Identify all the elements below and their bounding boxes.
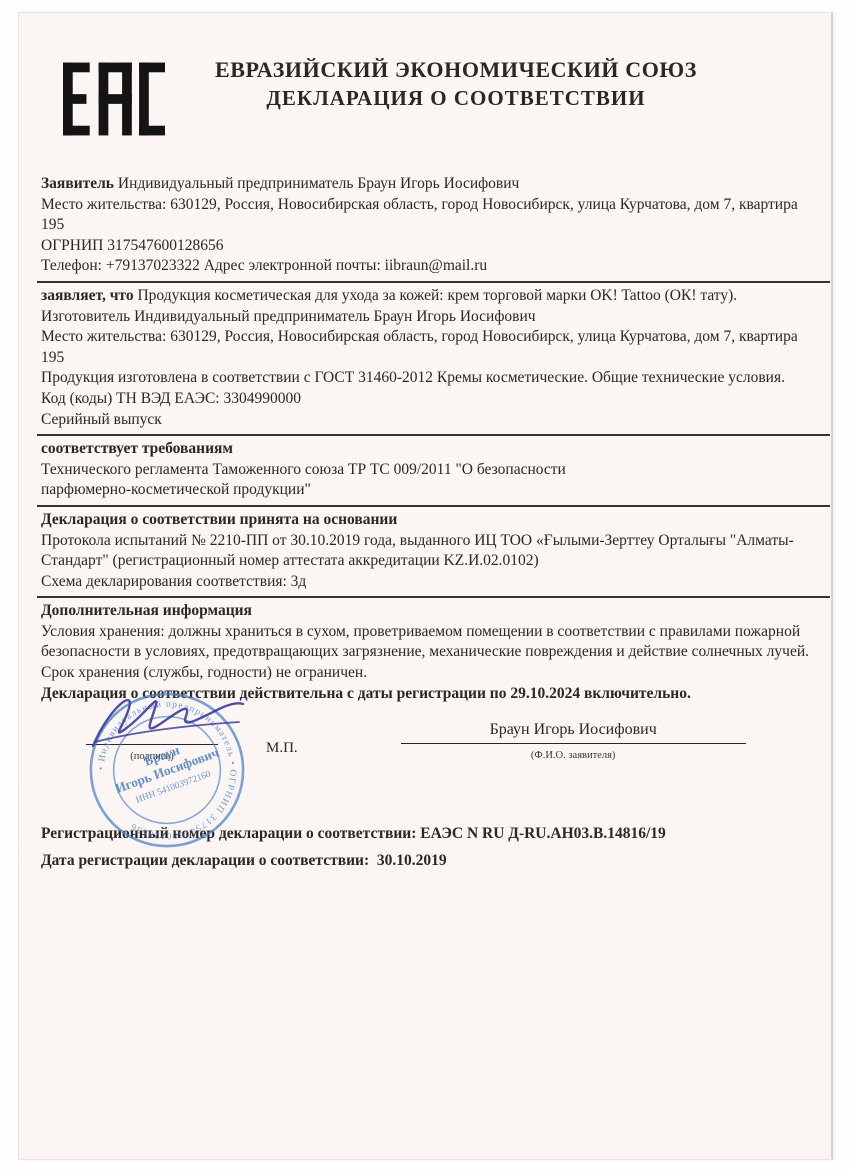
document-header: ЕВРАЗИЙСКИЙ ЭКОНОМИЧЕСКИЙ СОЮЗ ДЕКЛАРАЦИ… <box>41 56 816 152</box>
manufacturer-address: Место жительства: 630129, Россия, Новоси… <box>41 327 816 368</box>
product-description: Продукция косметическая для ухода за кож… <box>137 287 737 304</box>
additional-info-text: Условия хранения: должны храниться в сух… <box>41 622 816 684</box>
section-divider <box>37 505 830 507</box>
validity-statement: Декларация о соответствии действительна … <box>41 684 816 705</box>
registration-date-line: Дата регистрации декларации о соответств… <box>41 851 816 872</box>
basis-protocol: Протокола испытаний № 2210-ПП от 30.10.2… <box>41 531 816 572</box>
basis-scheme: Схема декларирования соответствия: 3д <box>41 572 816 593</box>
registration-block: Регистрационный номер декларации о соотв… <box>41 824 816 871</box>
registration-date-label: Дата регистрации декларации о соответств… <box>41 852 369 869</box>
compliance-text-line2: парфюмерно-косметической продукции" <box>41 480 816 501</box>
document-title: ДЕКЛАРАЦИЯ О СООТВЕТСТВИИ <box>96 84 816 112</box>
eac-logo <box>63 58 165 140</box>
section-divider <box>37 434 830 436</box>
document-body: Заявитель Индивидуальный предприниматель… <box>41 174 816 871</box>
document-page: ЕВРАЗИЙСКИЙ ЭКОНОМИЧЕСКИЙ СОЮЗ ДЕКЛАРАЦИ… <box>18 12 833 1160</box>
applicant-contacts: Телефон: +79137023322 Адрес электронной … <box>41 256 816 277</box>
applicant-name: Индивидуальный предприниматель Браун Иго… <box>118 175 519 192</box>
additional-info-heading: Дополнительная информация <box>41 601 816 622</box>
compliance-heading: соответствует требованиям <box>41 439 816 460</box>
union-name: ЕВРАЗИЙСКИЙ ЭКОНОМИЧЕСКИЙ СОЮЗ <box>96 56 816 84</box>
declares-label: заявляет, что <box>41 287 134 304</box>
section-divider <box>37 281 830 283</box>
applicant-label: Заявитель <box>41 175 114 192</box>
manufacturer-line: Изготовитель Индивидуальный предпринимат… <box>41 307 816 328</box>
section-divider <box>37 596 830 598</box>
signature-area: • Индивидуальный предприниматель • ОГРНИ… <box>41 720 816 798</box>
registration-number-line: Регистрационный номер декларации о соотв… <box>41 824 816 845</box>
tnved-code-line: Код (коды) ТН ВЭД ЕАЭС: 3304990000 <box>41 389 816 410</box>
signature-row: (подпись) М.П. Браун Игорь Иосифович (Ф.… <box>41 720 816 768</box>
registration-number-label: Регистрационный номер декларации о соотв… <box>41 825 416 842</box>
signature-left-block: (подпись) <box>86 720 218 768</box>
applicant-ogrnip: ОГРНИП 317547600128656 <box>41 236 816 257</box>
stamp-place-label: М.П. <box>266 720 298 759</box>
declares-line: заявляет, что Продукция косметическая дл… <box>41 286 816 307</box>
signature-caption: (подпись) <box>86 747 218 768</box>
basis-heading: Декларация о соответствии принята на осн… <box>41 510 816 531</box>
signatory-name: Браун Игорь Иосифович <box>401 720 746 741</box>
compliance-text-line1: Технического регламента Таможенного союз… <box>41 460 816 481</box>
signatory-name-block: Браун Игорь Иосифович (Ф.И.О. заявителя) <box>401 720 746 766</box>
gost-line: Продукция изготовлена в соответствии с Г… <box>41 368 816 389</box>
registration-date-value: 30.10.2019 <box>377 852 447 869</box>
stamp-inn: ИНН 541003972160 <box>135 770 213 806</box>
serial-release-line: Серийный выпуск <box>41 410 816 431</box>
applicant-address: Место жительства: 630129, Россия, Новоси… <box>41 195 816 236</box>
applicant-line: Заявитель Индивидуальный предприниматель… <box>41 174 816 195</box>
signatory-name-caption: (Ф.И.О. заявителя) <box>401 746 746 767</box>
signatory-name-line <box>401 743 746 744</box>
signature-line <box>86 744 218 745</box>
registration-number-value: ЕАЭС N RU Д-RU.АН03.В.14816/19 <box>420 825 666 842</box>
